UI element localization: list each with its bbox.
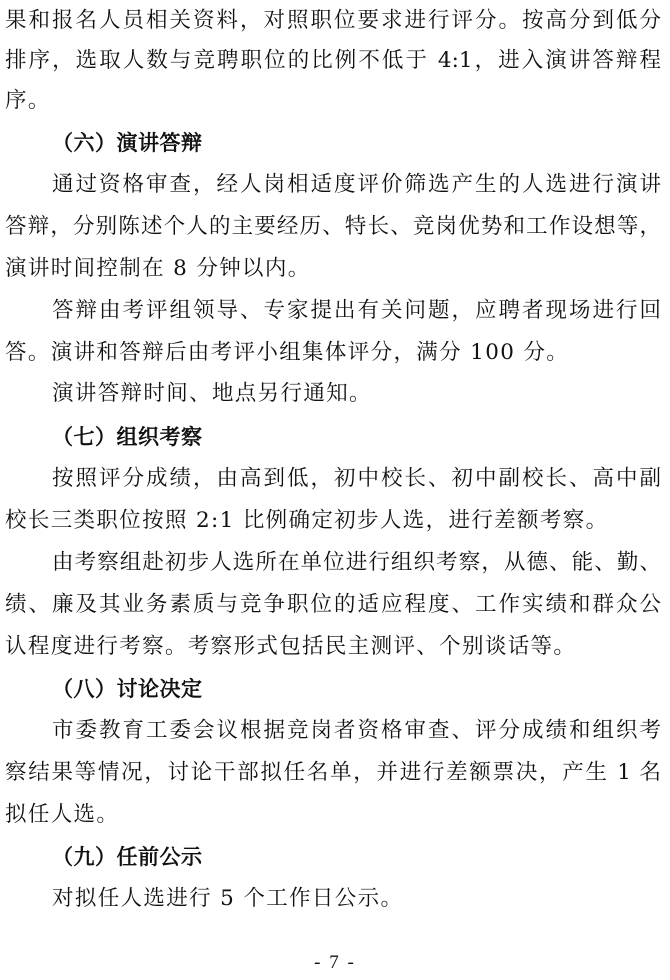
- section-heading: （八）讨论决定: [52, 668, 203, 710]
- paragraph-line: 拟任人选。: [5, 794, 119, 836]
- section-heading: （九）任前公示: [52, 836, 203, 878]
- paragraph-line: 答辩，分别陈述个人的主要经历、特长、竞岗优势和工作设想等，: [5, 206, 661, 248]
- paragraph-line: 对拟任人选进行 5 个工作日公示。: [52, 878, 403, 920]
- paragraph-line: 察结果等情况，讨论干部拟任名单，并进行差额票决，产生 1 名: [5, 752, 661, 794]
- section-heading: （七）组织考察: [52, 416, 203, 458]
- paragraph-line: 市委教育工委会议根据竞岗者资格审查、评分成绩和组织考: [52, 710, 661, 752]
- section-heading: （六）演讲答辩: [52, 122, 203, 164]
- paragraph-line: 答辩由考评组领导、专家提出有关问题，应聘者现场进行回: [52, 290, 661, 332]
- paragraph-line: 认程度进行考察。考察形式包括民主测评、个别谈话等。: [5, 626, 576, 668]
- page-number: - 7 -: [0, 952, 670, 974]
- paragraph-line: 校长三类职位按照 2:1 比例确定初步人选，进行差额考察。: [5, 500, 608, 542]
- paragraph-line: 按照评分成绩，由高到低，初中校长、初中副校长、高中副: [52, 458, 661, 500]
- paragraph-line: 由考察组赴初步人选所在单位进行组织考察，从德、能、勤、: [52, 542, 661, 584]
- paragraph-line: 绩、廉及其业务素质与竞争职位的适应程度、工作实绩和群众公: [5, 584, 661, 626]
- paragraph-line: 排序，选取人数与竞聘职位的比例不低于 4:1，进入演讲答辩程: [5, 40, 661, 82]
- paragraph-line: 果和报名人员相关资料，对照职位要求进行评分。按高分到低分: [5, 0, 661, 42]
- paragraph-line: 演讲答辩时间、地点另行通知。: [52, 373, 372, 415]
- paragraph-line: 通过资格审查，经人岗相适度评价筛选产生的人选进行演讲: [52, 164, 661, 206]
- paragraph-line: 答。演讲和答辩后由考评小组集体评分，满分 100 分。: [5, 332, 569, 374]
- paragraph-line: 演讲时间控制在 8 分钟以内。: [5, 248, 311, 290]
- paragraph-line: 序。: [5, 80, 51, 122]
